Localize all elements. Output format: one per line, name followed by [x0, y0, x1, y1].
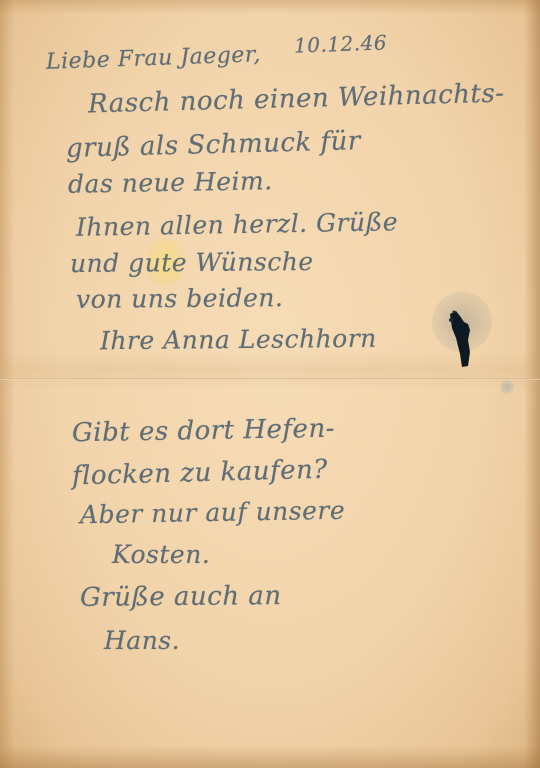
body-line: von uns beiden.	[76, 283, 284, 314]
fold-line	[0, 378, 540, 380]
postscript-line: Gibt es dort Hefen-	[72, 414, 335, 449]
salutation: Liebe Frau Jaeger,	[46, 42, 262, 74]
blue-spot	[500, 380, 514, 394]
postscript-line: Hans.	[104, 626, 180, 655]
paper-edge-top	[0, 0, 540, 14]
body-line: gruß als Schmuck für	[66, 126, 361, 164]
paper-edge-bottom	[0, 746, 540, 768]
postscript-line: flocken zu kaufen?	[72, 455, 328, 492]
body-line: das neue Heim.	[68, 166, 273, 199]
postscript-line: Grüße auch an	[80, 581, 282, 613]
ink-blot-icon	[448, 310, 474, 368]
date: 10.12.46	[294, 30, 388, 57]
letter-page: Liebe Frau Jaeger, 10.12.46 Rasch noch e…	[0, 0, 540, 768]
body-line: und gute Wünsche	[70, 247, 314, 278]
body-line: Ihnen allen herzl. Grüße	[76, 207, 399, 242]
signature: Ihre Anna Leschhorn	[100, 324, 377, 355]
postscript-line: Kosten.	[112, 540, 210, 569]
postscript-line: Aber nur auf unsere	[80, 496, 346, 530]
body-line: Rasch noch einen Weihnachts-	[88, 79, 505, 120]
